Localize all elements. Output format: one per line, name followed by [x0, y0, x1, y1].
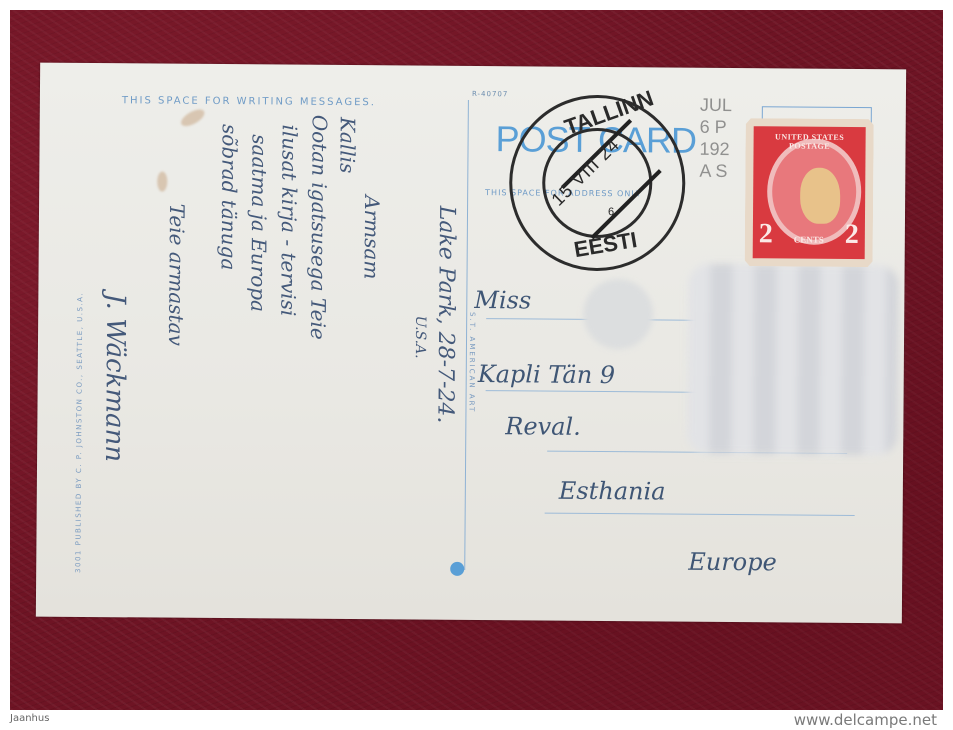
message-line: Teie armastav	[164, 204, 189, 346]
watermark-bar: Jaanhus www.delcampe.net	[0, 711, 953, 730]
postmark-time: 6	[608, 206, 614, 218]
pixelated-redaction	[687, 264, 898, 456]
pixelated-redaction	[583, 279, 654, 350]
publisher-logo-icon	[450, 562, 464, 576]
publisher-imprint: 3001 PUBLISHED BY C. P. JOHNSTON CO., SE…	[74, 292, 84, 573]
message-line: sõbrad tänuga	[217, 124, 242, 270]
signature: J. Wäckmann	[99, 293, 130, 462]
address-rule	[545, 513, 855, 516]
message-line: Armsam	[359, 195, 384, 279]
recipient-continent: Europe	[688, 548, 777, 577]
stamp-unit: CENTS	[753, 234, 865, 245]
recipient-city: Reval.	[505, 412, 581, 441]
stain	[157, 172, 167, 192]
message-line: ilusat kirja - tervisi	[276, 124, 302, 316]
message-line: Kallis	[335, 117, 359, 174]
washington-portrait-icon	[800, 168, 840, 224]
dateline-country: U.S.A.	[412, 316, 428, 359]
seller-name: Jaanhus	[10, 713, 49, 724]
address-rule	[486, 390, 706, 393]
stamp-top-text: UNITED STATES POSTAGE	[754, 132, 866, 151]
tallinn-postmark: TALLINN EESTI 15 VIII 24 6	[509, 94, 686, 271]
message-header: THIS SPACE FOR WRITING MESSAGES.	[122, 95, 376, 108]
postage-stamp: UNITED STATES POSTAGE 2 2 CENTS	[745, 118, 874, 267]
recipient-name: Miss	[474, 286, 531, 314]
site-watermark: www.delcampe.net	[794, 711, 937, 729]
serial-number: R-40707	[472, 90, 508, 98]
message-line: Ootan igatsusega Teie	[306, 115, 332, 340]
postcard: THIS SPACE FOR WRITING MESSAGES. R-40707…	[36, 63, 906, 624]
machine-cancel: JUL 6 P 192 A S	[699, 94, 732, 182]
stain	[178, 106, 207, 129]
divider-imprint: S.T. AMERICAN ART	[467, 312, 476, 413]
recipient-street: Kapli Tän 9	[478, 360, 616, 389]
recipient-country: Esthania	[559, 477, 666, 506]
message-line: saatma ja Europa	[246, 134, 271, 312]
dateline: Lake Park, 28-7-24.	[432, 206, 459, 424]
